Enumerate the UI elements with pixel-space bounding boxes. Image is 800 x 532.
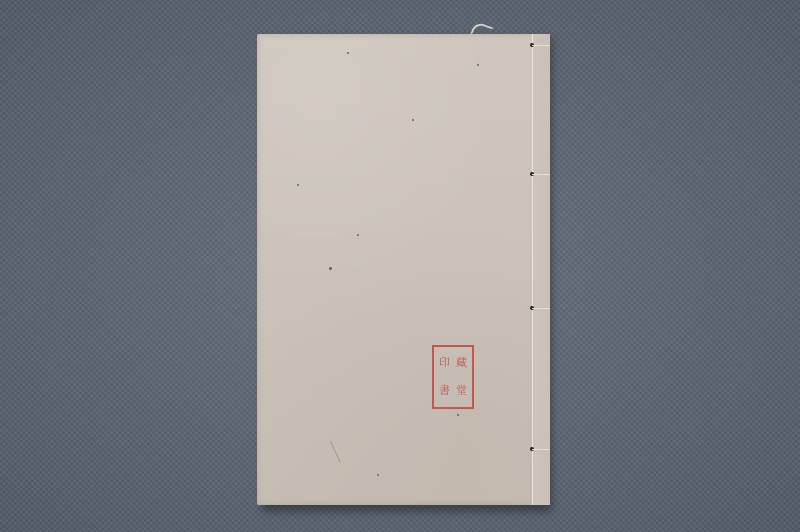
binding-thread xyxy=(532,34,533,505)
paper-speck xyxy=(347,52,349,54)
binding-margin xyxy=(532,34,550,505)
paper-speck xyxy=(412,119,414,121)
seal-glyph: 書 xyxy=(436,385,453,397)
paper-speck xyxy=(477,64,479,66)
paper-speck xyxy=(457,414,459,416)
thread-bound-book xyxy=(257,34,550,505)
seal-glyph: 堂 xyxy=(453,385,470,397)
thread-wrap xyxy=(532,45,550,46)
thread-wrap xyxy=(532,308,550,309)
seal-glyph: 藏 xyxy=(453,357,470,369)
paper-speck xyxy=(297,184,299,186)
paper-speck xyxy=(357,234,359,236)
thread-wrap xyxy=(532,449,550,450)
paper-speck xyxy=(377,474,379,476)
paper-speck xyxy=(329,267,332,270)
thread-wrap xyxy=(532,174,550,175)
seal-glyph: 印 xyxy=(436,357,453,369)
red-seal-stamp: 印 藏 書 堂 xyxy=(432,345,474,409)
